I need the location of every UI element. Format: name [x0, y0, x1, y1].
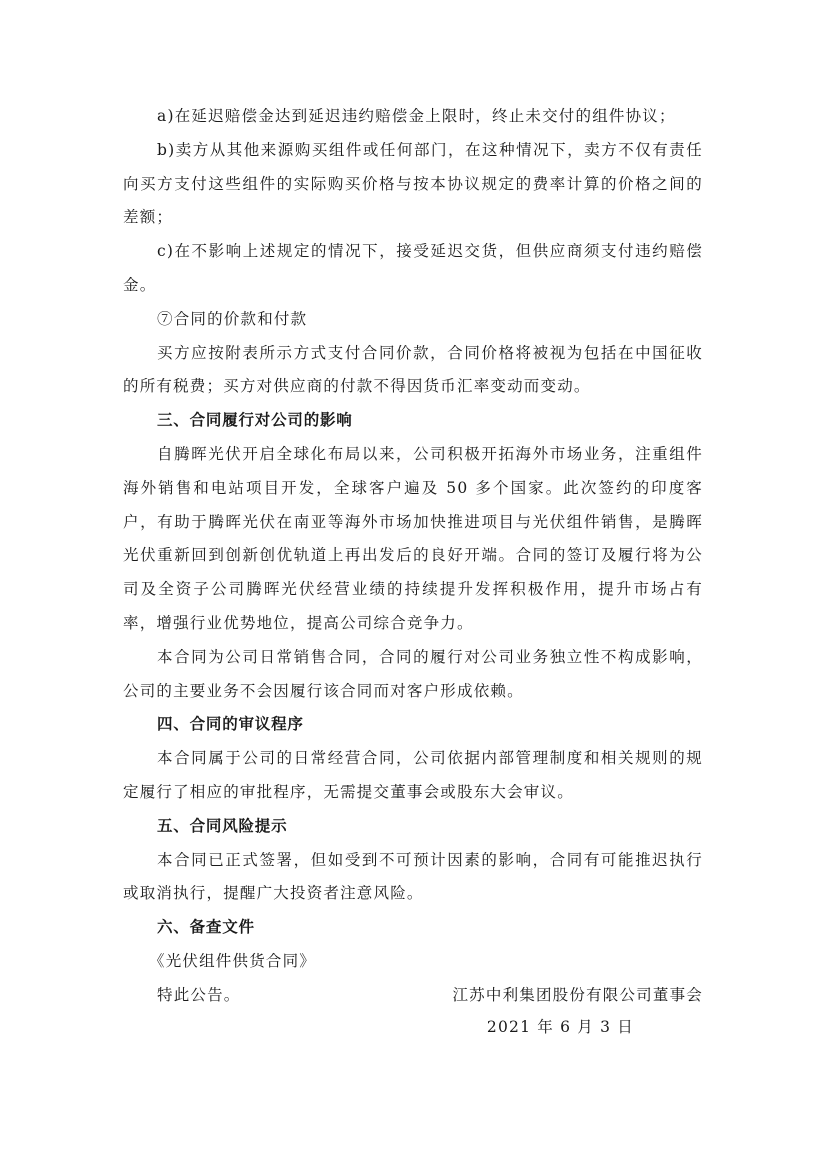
- subsection-7-body: 买方应按附表所示方式支付合同价款，合同价格将被视为包括在中国征收的所有税费；买方…: [123, 337, 703, 405]
- clause-b: b)卖方从其他来源购买组件或任何部门，在这种情况下，卖方不仅有责任向买方支付这些…: [123, 134, 703, 235]
- section-risk-paragraph: 本合同已正式签署，但如受到不可预计因素的影响，合同有可能推迟执行或取消执行，提醒…: [123, 844, 703, 912]
- section-heading-impact: 三、合同履行对公司的影响: [123, 404, 703, 438]
- clause-c: c)在不影响上述规定的情况下，接受延迟交货，但供应商须支付违约赔偿金。: [123, 235, 703, 303]
- section-impact-paragraph-2: 本合同为公司日常销售合同，合同的履行对公司业务独立性不构成影响，公司的主要业务不…: [123, 641, 703, 709]
- document-body: a)在延迟赔偿金达到延迟违约赔偿金上限时，终止未交付的组件协议； b)卖方从其他…: [123, 100, 703, 1013]
- clause-a: a)在延迟赔偿金达到延迟违约赔偿金上限时，终止未交付的组件协议；: [123, 100, 703, 134]
- section-heading-review: 四、合同的审议程序: [123, 708, 703, 742]
- section-heading-risk: 五、合同风险提示: [123, 810, 703, 844]
- signature-company: 江苏中利集团股份有限公司董事会: [452, 983, 703, 1005]
- section-heading-documents: 六、备查文件: [123, 911, 703, 945]
- section-impact-paragraph-1: 自腾晖光伏开启全球化布局以来，公司积极开拓海外市场业务，注重组件海外销售和电站项…: [123, 438, 703, 641]
- subsection-7-title: ⑦合同的价款和付款: [123, 303, 703, 337]
- reference-document-title: 《光伏组件供货合同》: [123, 945, 703, 979]
- section-review-paragraph: 本合同属于公司的日常经营合同，公司依据内部管理制度和相关规则的规定履行了相应的审…: [123, 742, 703, 810]
- signature-date: 2021 年 6 月 3 日: [487, 1015, 634, 1037]
